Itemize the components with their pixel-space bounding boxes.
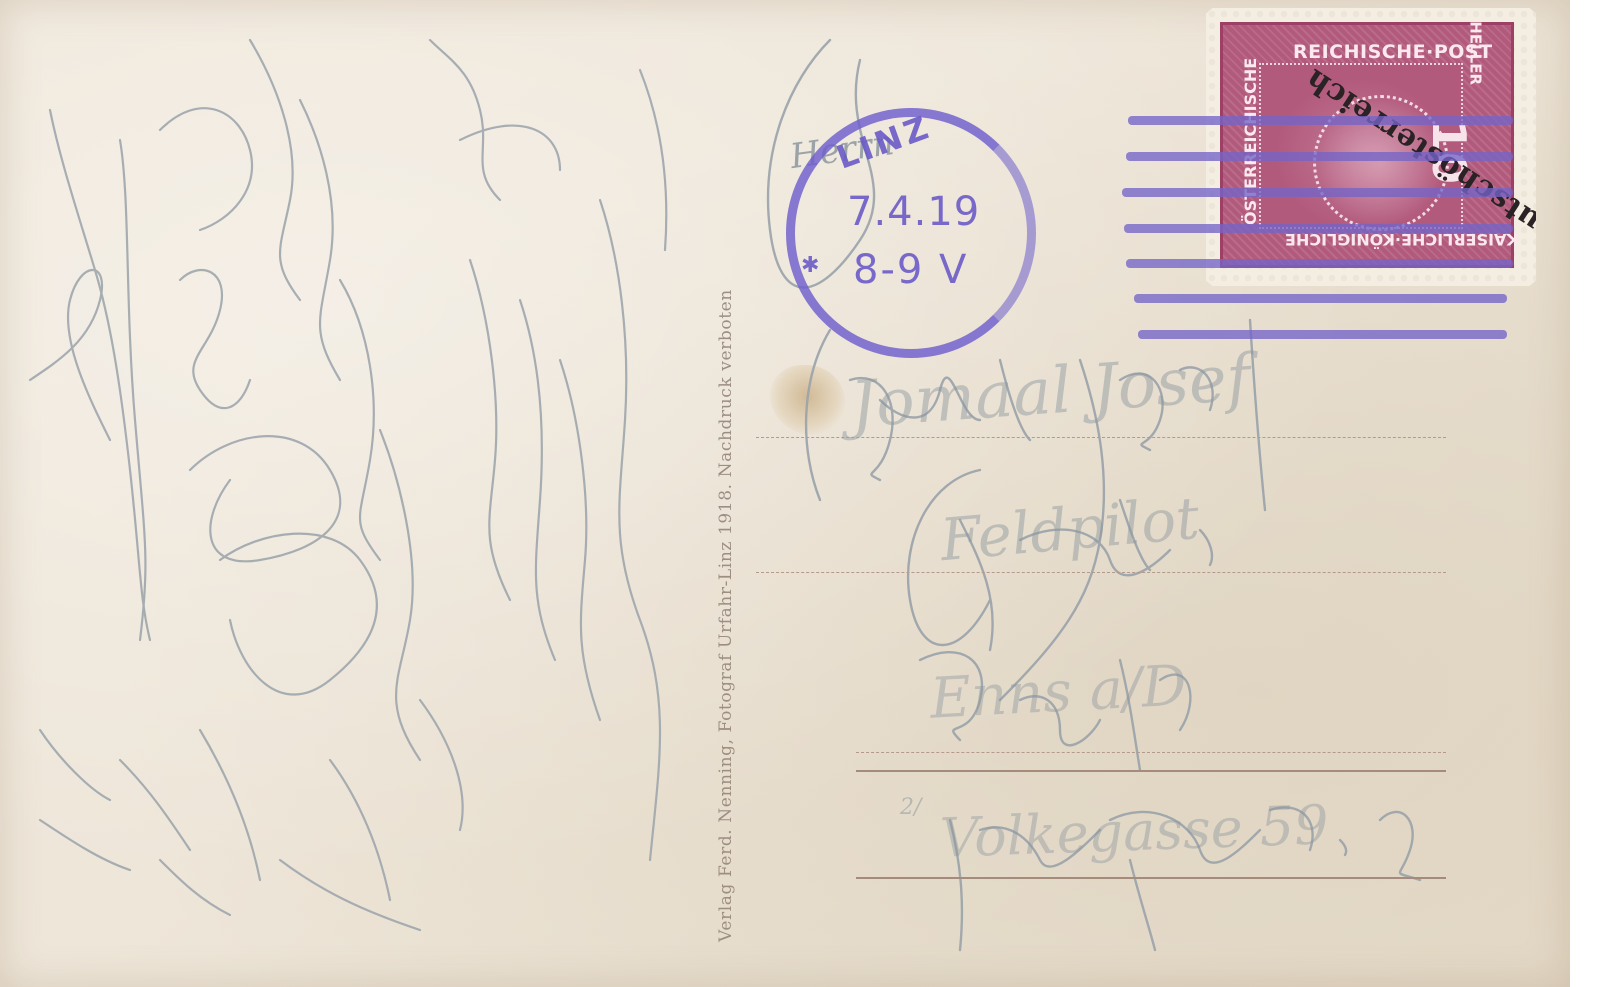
postmark-time: 8-9 V (853, 247, 968, 293)
cancellation-bar (1124, 224, 1513, 233)
cancellation-bar (1134, 294, 1507, 303)
postmark: LINZ 7.4.19 8-9 V ✱ (786, 108, 1036, 358)
publisher-imprint: Verlag Ferd. Nenning, Fotograf Urfahr-Li… (716, 289, 736, 942)
postmark-date: 7.4.19 (847, 189, 980, 235)
cancellation-bar (1126, 259, 1513, 268)
stamp-top-text: REICHISCHE·POST (1293, 41, 1493, 63)
postage-stamp: REICHISCHE·POST ÖSTERREICHISCHE KAISERLI… (1206, 8, 1536, 286)
postcard-back: Herrn Jomaal Josef Feldpilot Enns a/D Vo… (0, 0, 1570, 987)
address-line-1 (756, 437, 1446, 438)
cancellation-bar (1122, 188, 1513, 197)
address-line-4 (856, 877, 1446, 879)
address-line-3 (856, 752, 1446, 753)
address-line-3-underline (856, 770, 1446, 772)
handwritten-town: Enns a/D (928, 653, 1188, 731)
star-icon: ✱ (801, 253, 819, 278)
cancellation-bar (1138, 330, 1507, 339)
cancellation-bar (1126, 152, 1513, 161)
handwritten-street-prefix: 2/ (900, 795, 921, 820)
address-line-2 (756, 572, 1446, 573)
stamp-left-text: ÖSTERREICHISCHE (1241, 58, 1260, 225)
cancellation-bar (1128, 116, 1513, 125)
stamp-right-text: HELLER (1467, 21, 1485, 85)
